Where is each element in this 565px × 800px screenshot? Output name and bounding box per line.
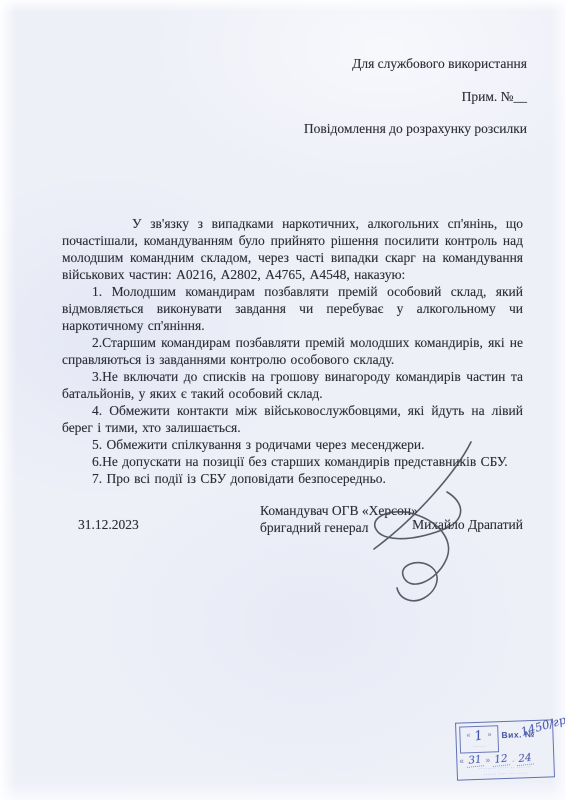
stamp-copy-caption: ······ [461, 744, 498, 749]
signer-titles: Командувач ОГВ «Херсон» бригадний генера… [260, 502, 418, 536]
order-item-5: 5. Обмежити спілкування з родичами через… [62, 436, 523, 453]
signer-position-line1: Командувач ОГВ «Херсон» [260, 502, 418, 519]
document-body: У зв'язку з випадками наркотичних, алког… [62, 215, 523, 487]
stamp-date-dots: . [512, 755, 515, 764]
document-header: Для службового використання Прим. №__ По… [62, 56, 527, 136]
signer-position-line2: бригадний генерал [260, 519, 418, 536]
order-item-3: 3.Не включати до списків на грошову вина… [62, 368, 523, 402]
registration-stamp: « 1 » ······ Вих. № 1450/гр « 31 » 12 . … [455, 719, 555, 780]
stamp-copy-number: 1 [474, 728, 485, 744]
document-page: Для службового використання Прим. №__ По… [0, 0, 565, 800]
stamp-date-open-quote: « [459, 756, 464, 765]
stamp-ref-number: 1450/гр [519, 713, 565, 739]
subject-line: Повідомлення до розрахунку розсилки [62, 121, 527, 136]
stamp-copy-box: « 1 » ······ [459, 725, 499, 753]
stamp-open-quote: « [466, 732, 470, 739]
order-item-2: 2.Старшим командирам позбавляти премій м… [62, 334, 523, 368]
order-item-1: 1. Молодшим командирам позбавляти премій… [62, 283, 523, 334]
stamp-close-quote: » [487, 731, 491, 738]
order-item-4: 4. Обмежити контакти між військовослужбо… [62, 402, 523, 436]
order-item-7: 7. Про всі події із СБУ доповідати безпо… [62, 470, 523, 487]
order-item-6: 6.Не допускати на позиції без старших ко… [62, 453, 523, 470]
document-date: 31.12.2023 [78, 517, 139, 533]
intro-paragraph: У зв'язку з випадками наркотичних, алког… [62, 215, 523, 283]
copy-number-line: Прим. №__ [62, 89, 527, 104]
stamp-date-close-quote: » [485, 756, 490, 765]
classification-line: Для службового використання [62, 56, 527, 71]
signer-name: Михайло Драпатий [412, 517, 523, 533]
